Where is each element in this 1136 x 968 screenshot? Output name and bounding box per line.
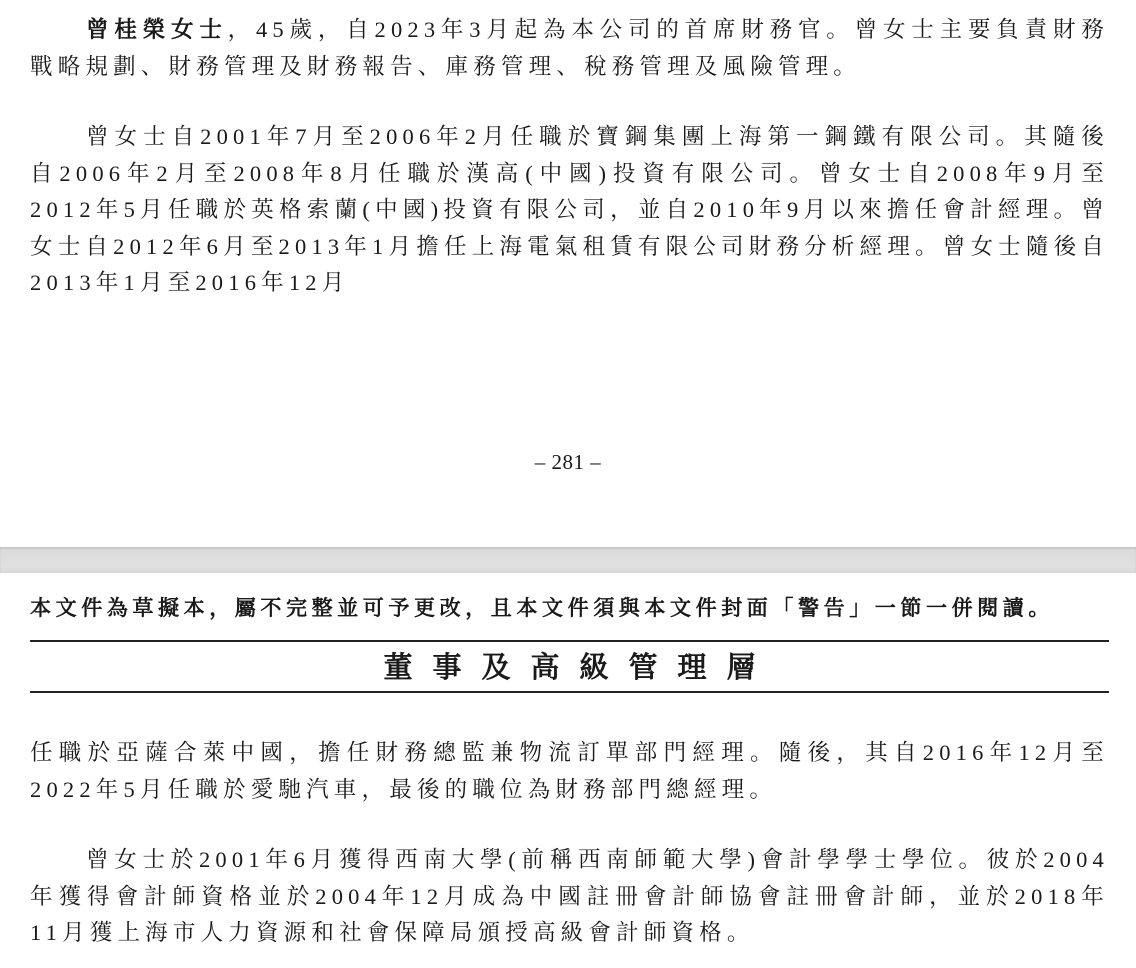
header-rule-bottom (30, 691, 1109, 693)
page-separator (0, 547, 1136, 573)
body-text-bottom: 任職於亞薩合萊中國，擔任財務總監兼物流訂單部門經理。隨後，其自2016年12月至… (30, 735, 1109, 952)
header-rule-top (30, 640, 1109, 642)
body-text-top: 曾桂榮女士，45歲，自2023年3月起為本公司的首席財務官。曾女士主要負責財務戰… (30, 12, 1109, 302)
draft-notice: 本文件為草擬本，屬不完整並可予更改，且本文件須與本文件封面「警告」一節一併閱讀。 (30, 592, 1109, 622)
section-title: 董事及高級管理層 (30, 647, 1109, 689)
page-281: 曾桂榮女士，45歲，自2023年3月起為本公司的首席財務官。曾女士主要負責財務戰… (0, 0, 1136, 547)
person-name: 曾桂榮女士 (86, 17, 228, 42)
paragraph-education: 曾女士於2001年6月獲得西南大學(前稱西南師範大學)會計學學士學位。彼於200… (30, 842, 1109, 952)
paragraph-career-continued: 任職於亞薩合萊中國，擔任財務總監兼物流訂單部門經理。隨後，其自2016年12月至… (30, 735, 1109, 808)
paragraph-cfo-intro: 曾桂榮女士，45歲，自2023年3月起為本公司的首席財務官。曾女士主要負責財務戰… (30, 12, 1109, 85)
paragraph-career-history: 曾女士自2001年7月至2006年2月任職於寶鋼集團上海第一鋼鐵有限公司。其隨後… (30, 119, 1109, 302)
page-number: – 281 – (0, 450, 1136, 475)
